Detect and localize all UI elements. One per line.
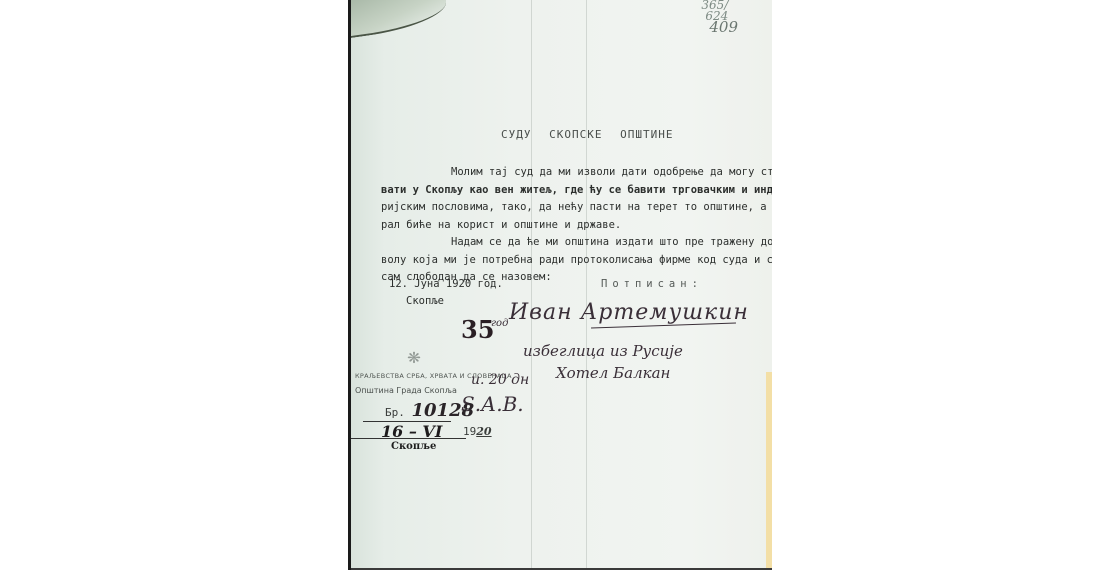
body-line: Надам се да ће ми општина издати што пре… bbox=[381, 234, 772, 252]
body-line: ријским пословима, тако, да нећу пасти н… bbox=[381, 199, 772, 217]
reg-number-value: 10128 bbox=[412, 400, 475, 421]
reg-prefix: Бр. bbox=[385, 406, 405, 419]
signed-label: Потписан: bbox=[601, 278, 703, 290]
scanned-document-page: 365/ 624 409 СУДУ СКОПСКЕ ОПШТИНЕ Молим … bbox=[348, 0, 772, 570]
body-line: волу која ми је потребна ради протоколис… bbox=[381, 252, 772, 270]
registration-year: 1920 bbox=[463, 425, 492, 438]
petition-body: Молим тај суд да ми изволи дати одобрење… bbox=[381, 164, 772, 287]
handwritten-signature: Иван Артемушкин bbox=[509, 300, 749, 325]
handwritten-age-suffix: год bbox=[491, 318, 508, 329]
handwritten-age: 35 bbox=[461, 315, 494, 344]
eagle-emblem-icon: ❋ bbox=[396, 342, 432, 372]
torn-corner bbox=[351, 0, 446, 38]
handwritten-initials: и. 20 дн bbox=[471, 372, 529, 388]
document-date: 12. Јуна 1920 год. bbox=[389, 278, 503, 290]
registration-place: Скопље bbox=[391, 441, 436, 452]
handwritten-hotel: Хотел Балкан bbox=[556, 364, 670, 382]
body-line: вати у Скопљу као вен житељ, где ћу се б… bbox=[381, 182, 772, 200]
stamp-municipality: Општина Града Скопља bbox=[355, 386, 457, 395]
paper-edge-strip bbox=[766, 372, 772, 570]
document-heading: СУДУ СКОПСКЕ ОПШТИНЕ bbox=[501, 128, 673, 141]
document-place: Скопље bbox=[406, 295, 444, 307]
registration-number: Бр. 10128 bbox=[385, 400, 474, 421]
reg-year-suffix: 20 bbox=[476, 425, 491, 438]
archive-number: 365/ 624 409 bbox=[701, 0, 738, 33]
archive-number-bottom: 409 bbox=[709, 22, 738, 33]
reg-date-underline bbox=[351, 438, 466, 439]
body-line: Молим тај суд да ми изволи дати одобрење… bbox=[381, 164, 772, 182]
handwritten-origin: избеглица из Русије bbox=[523, 342, 683, 360]
reg-year-prefix: 19 bbox=[463, 425, 476, 438]
body-line: рал биће на корист и општине и државе. bbox=[381, 217, 772, 235]
